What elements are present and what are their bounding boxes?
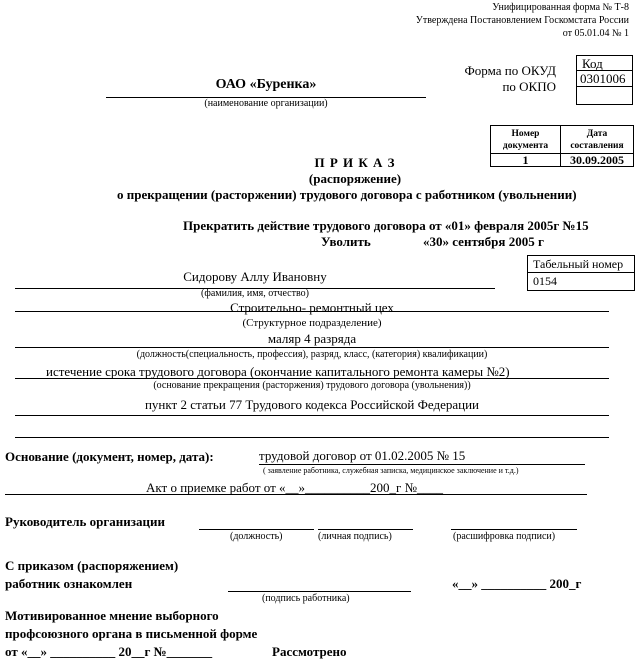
form-note-line2: Утверждена Постановлением Госкомстата Ро…: [416, 15, 629, 26]
ack-line2: работник ознакомлен: [5, 576, 132, 592]
head-position-line[interactable]: [199, 529, 314, 530]
article-line: [15, 415, 609, 416]
reason-line: [15, 378, 609, 379]
basis-caption: ( заявление работника, служебная записка…: [263, 466, 519, 475]
tab-number-label: Табельный номер: [528, 256, 634, 273]
organization-caption: (наименование организации): [106, 98, 426, 109]
position-line: [15, 347, 609, 348]
doc-number-header: Номер документа: [491, 126, 561, 154]
union-status: Рассмотрено: [272, 644, 347, 660]
union-line1: Мотивированное мнение выборного: [5, 608, 219, 624]
article-value: пункт 2 статьи 77 Трудового кодекса Росс…: [15, 397, 609, 413]
division-value: Строительно- ремонтный цех: [15, 300, 609, 316]
reason-caption: (основание прекращения (расторжения) тру…: [15, 380, 609, 391]
okpo-code: [577, 87, 632, 104]
acceptance-act-line: [5, 494, 587, 495]
head-signature-caption: (личная подпись): [318, 531, 392, 542]
basis-line: [259, 464, 585, 465]
head-label: Руководитель организации: [5, 514, 165, 530]
form-note: Унифицированная форма № Т-8 Утверждена П…: [416, 2, 629, 39]
tab-number-box: Табельный номер 0154: [527, 255, 635, 291]
organization-name: ОАО «Буренка»: [106, 77, 426, 93]
basis-value: трудовой договор от 01.02.2005 № 15: [259, 448, 465, 464]
dismiss-label: Уволить: [321, 234, 371, 250]
tab-number-value: 0154: [528, 273, 634, 290]
ack-line1: С приказом (распоряжением): [5, 558, 178, 574]
union-line3: от «__» __________ 20__г №_______: [5, 644, 212, 660]
union-line2: профсоюзного органа в письменной форме: [5, 626, 257, 642]
okpo-label: по ОКПО: [502, 79, 556, 95]
head-signature-line[interactable]: [318, 529, 413, 530]
codes-box: Код 0301006: [576, 55, 633, 105]
order-title: П Р И К А З: [0, 155, 639, 171]
order-subtitle: (распоряжение): [0, 171, 639, 187]
doc-date-header: Дата составления: [561, 126, 633, 154]
employee-name: Сидорову Аллу Ивановну: [15, 269, 495, 285]
form-note-line3: от 05.01.04 № 1: [416, 28, 629, 39]
okud-label: Форма по ОКУД: [465, 63, 557, 79]
dismiss-date: «30» сентября 2005 г: [423, 234, 544, 250]
division-line: [15, 311, 609, 312]
extra-line: [15, 437, 609, 438]
division-caption: (Структурное подразделение): [15, 317, 609, 329]
head-decode-caption: (расшифровка подписи): [453, 531, 555, 542]
head-position-caption: (должность): [230, 531, 283, 542]
employee-signature-caption: (подпись работника): [262, 593, 350, 604]
position-value: маляр 4 разряда: [15, 331, 609, 347]
employee-signature-line[interactable]: [228, 591, 411, 592]
codes-header: Код: [577, 56, 632, 71]
employee-name-caption: (фамилия, имя, отчество): [15, 288, 495, 299]
ack-date: «__» __________ 200_г: [452, 576, 581, 592]
head-decode-line[interactable]: [451, 529, 577, 530]
terminate-line: Прекратить действие трудового договора о…: [183, 218, 589, 234]
order-description: о прекращении (расторжении) трудового до…: [117, 187, 577, 203]
okud-code: 0301006: [577, 71, 632, 87]
basis-label: Основание (документ, номер, дата):: [5, 449, 214, 465]
position-caption: (должность(специальность, профессия), ра…: [15, 349, 609, 360]
form-note-line1: Унифицированная форма № Т-8: [416, 2, 629, 13]
